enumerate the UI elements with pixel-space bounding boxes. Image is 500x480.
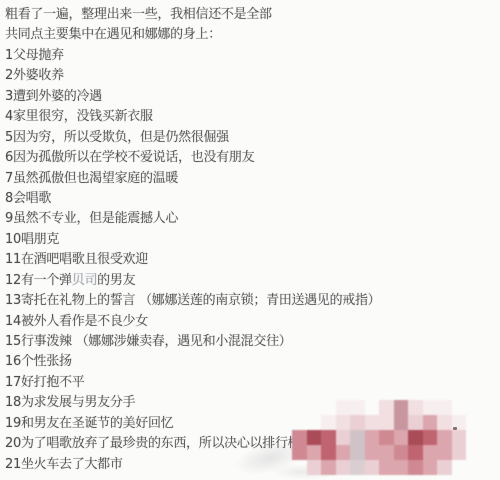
item-text: 父母抛弃 — [13, 48, 64, 63]
mosaic-cell — [292, 400, 307, 415]
mosaic-cell — [350, 445, 365, 460]
list-item: 14被外人看作是不良少女 — [5, 312, 495, 332]
list-item: 11在酒吧唱歌且很受欢迎 — [5, 250, 495, 270]
mosaic-cell — [423, 400, 438, 415]
mosaic-cell — [408, 400, 423, 415]
mosaic-cell — [423, 445, 438, 460]
mosaic-cell — [336, 430, 351, 445]
mosaic-cell — [452, 445, 467, 460]
item-number: 14 — [5, 314, 21, 329]
item-number: 7 — [5, 171, 13, 186]
list-item: 15行事泼辣 （娜娜涉嫌卖春，遇见和小混混交往） — [5, 332, 495, 352]
mosaic-cell — [452, 460, 467, 475]
mosaic-cell — [307, 460, 322, 475]
mosaic-cell — [307, 415, 322, 430]
mosaic-cell — [423, 415, 438, 430]
dark-speck — [453, 427, 457, 430]
item-number: 15 — [5, 334, 21, 349]
item-text: 会唱歌 — [13, 191, 51, 206]
item-text: 坐火车去了大都市 — [21, 457, 123, 472]
item-number: 9 — [5, 211, 13, 226]
item-text: 好打抱不平 — [21, 375, 85, 390]
item-text: 虽然孤傲但也渴望家庭的温暖 — [13, 171, 178, 186]
item-number: 13 — [5, 293, 21, 308]
list-item: 13寄托在礼物上的誓言 （娜娜送莲的南京锁；青田送遇见的戒指） — [5, 291, 495, 311]
intro-line: 共同点主要集中在遇见和娜娜的身上： — [5, 25, 495, 45]
item-text: 遭到外婆的冷遇 — [13, 89, 102, 104]
mosaic-cell — [452, 400, 467, 415]
mosaic-cell — [365, 400, 380, 415]
mosaic-cell — [408, 460, 423, 475]
mosaic-cell — [321, 415, 336, 430]
mosaic-cell — [307, 400, 322, 415]
mosaic-cell — [408, 430, 423, 445]
item-text: 个性张扬 — [21, 354, 72, 369]
list-item: 3遭到外婆的冷遇 — [5, 87, 495, 107]
item-number: 1 — [5, 48, 13, 63]
mosaic-cell — [350, 430, 365, 445]
mosaic-cell — [423, 460, 438, 475]
list-item: 16个性张扬 — [5, 352, 495, 372]
screenshot-page: 粗看了一遍，整理出来一些，我相信还不是全部共同点主要集中在遇见和娜娜的身上：1父… — [0, 0, 500, 480]
item-text: 家里很穷，没钱买新衣服 — [13, 109, 153, 124]
item-number: 12 — [5, 273, 21, 288]
list-item: 6因为孤傲所以在学校不爱说话，也没有朋友 — [5, 148, 495, 168]
list-item: 12有一个弹贝司的男友 — [5, 271, 495, 291]
list-item: 17好打抱不平 — [5, 373, 495, 393]
mosaic-cell — [394, 415, 409, 430]
mosaic-cell — [394, 460, 409, 475]
mosaic-cell — [379, 460, 394, 475]
item-number: 21 — [5, 457, 21, 472]
item-text: 行事泼辣 （娜娜涉嫌卖春，遇见和小混混交往） — [21, 334, 292, 349]
item-text: 为求发展与男友分手 — [21, 395, 135, 410]
mosaic-cell — [437, 460, 452, 475]
mosaic-cell — [394, 430, 409, 445]
item-number: 4 — [5, 109, 13, 124]
item-text: 因为孤傲所以在学校不爱说话，也没有朋友 — [13, 150, 254, 165]
mosaic-cell — [394, 400, 409, 415]
highlighted-term: 贝司 — [72, 273, 97, 288]
mosaic-cell — [321, 460, 336, 475]
mosaic-cell — [408, 445, 423, 460]
mosaic-cell — [307, 445, 322, 460]
list-item: 4家里很穷，没钱买新衣服 — [5, 107, 495, 127]
list-item: 10唱朋克 — [5, 230, 495, 250]
censor-mosaic — [292, 400, 466, 475]
mosaic-cell — [292, 460, 307, 475]
mosaic-cell — [350, 460, 365, 475]
mosaic-cell — [350, 415, 365, 430]
item-text: 唱朋克 — [21, 232, 59, 247]
item-text: 虽然不专业，但是能震撼人心 — [13, 211, 178, 226]
item-number: 19 — [5, 416, 21, 431]
item-number: 2 — [5, 68, 13, 83]
mosaic-cell — [292, 430, 307, 445]
intro-line: 粗看了一遍，整理出来一些，我相信还不是全部 — [5, 5, 495, 25]
mosaic-cell — [321, 445, 336, 460]
mosaic-cell — [336, 415, 351, 430]
list-item: 2外婆收养 — [5, 66, 495, 86]
item-number: 20 — [5, 436, 21, 451]
mosaic-cell — [336, 400, 351, 415]
mosaic-cell — [394, 445, 409, 460]
item-text: 外婆收养 — [13, 68, 64, 83]
mosaic-cell — [408, 415, 423, 430]
mosaic-cell — [292, 415, 307, 430]
mosaic-cell — [321, 400, 336, 415]
list-item: 9虽然不专业，但是能震撼人心 — [5, 209, 495, 229]
item-text: 的男友 — [97, 273, 135, 288]
mosaic-cell — [365, 460, 380, 475]
list-item: 5因为穷，所以受欺负，但是仍然很倔强 — [5, 128, 495, 148]
mosaic-cell — [423, 430, 438, 445]
mosaic-cell — [365, 415, 380, 430]
item-number: 11 — [5, 252, 21, 267]
mosaic-cell — [437, 400, 452, 415]
item-number: 10 — [5, 232, 21, 247]
item-text: 被外人看作是不良少女 — [21, 314, 148, 329]
mosaic-cell — [365, 445, 380, 460]
item-number: 16 — [5, 354, 21, 369]
list-item: 8会唱歌 — [5, 189, 495, 209]
item-text: 有一个弹 — [21, 273, 72, 288]
mosaic-cell — [379, 445, 394, 460]
mosaic-cell — [437, 430, 452, 445]
mosaic-cell — [321, 430, 336, 445]
mosaic-cell — [292, 445, 307, 460]
list-item: 7虽然孤傲但也渴望家庭的温暖 — [5, 169, 495, 189]
item-number: 6 — [5, 150, 13, 165]
item-number: 8 — [5, 191, 13, 206]
item-text: 和男友在圣诞节的美好回忆 — [21, 416, 173, 431]
item-text: 因为穷，所以受欺负，但是仍然很倔强 — [13, 130, 229, 145]
list-item: 1父母抛弃 — [5, 46, 495, 66]
item-number: 3 — [5, 89, 13, 104]
mosaic-cell — [379, 430, 394, 445]
mosaic-cell — [350, 400, 365, 415]
item-number: 17 — [5, 375, 21, 390]
mosaic-cell — [379, 400, 394, 415]
mosaic-cell — [437, 445, 452, 460]
item-number: 18 — [5, 395, 21, 410]
mosaic-cell — [336, 460, 351, 475]
mosaic-cell — [452, 430, 467, 445]
mosaic-cell — [307, 430, 322, 445]
mosaic-cell — [437, 415, 452, 430]
item-number: 5 — [5, 130, 13, 145]
item-text: 寄托在礼物上的誓言 （娜娜送莲的南京锁；青田送遇见的戒指） — [21, 293, 380, 308]
item-text: 在酒吧唱歌且很受欢迎 — [21, 252, 148, 267]
mosaic-cell — [379, 415, 394, 430]
mosaic-cell — [365, 430, 380, 445]
mosaic-cell — [336, 445, 351, 460]
